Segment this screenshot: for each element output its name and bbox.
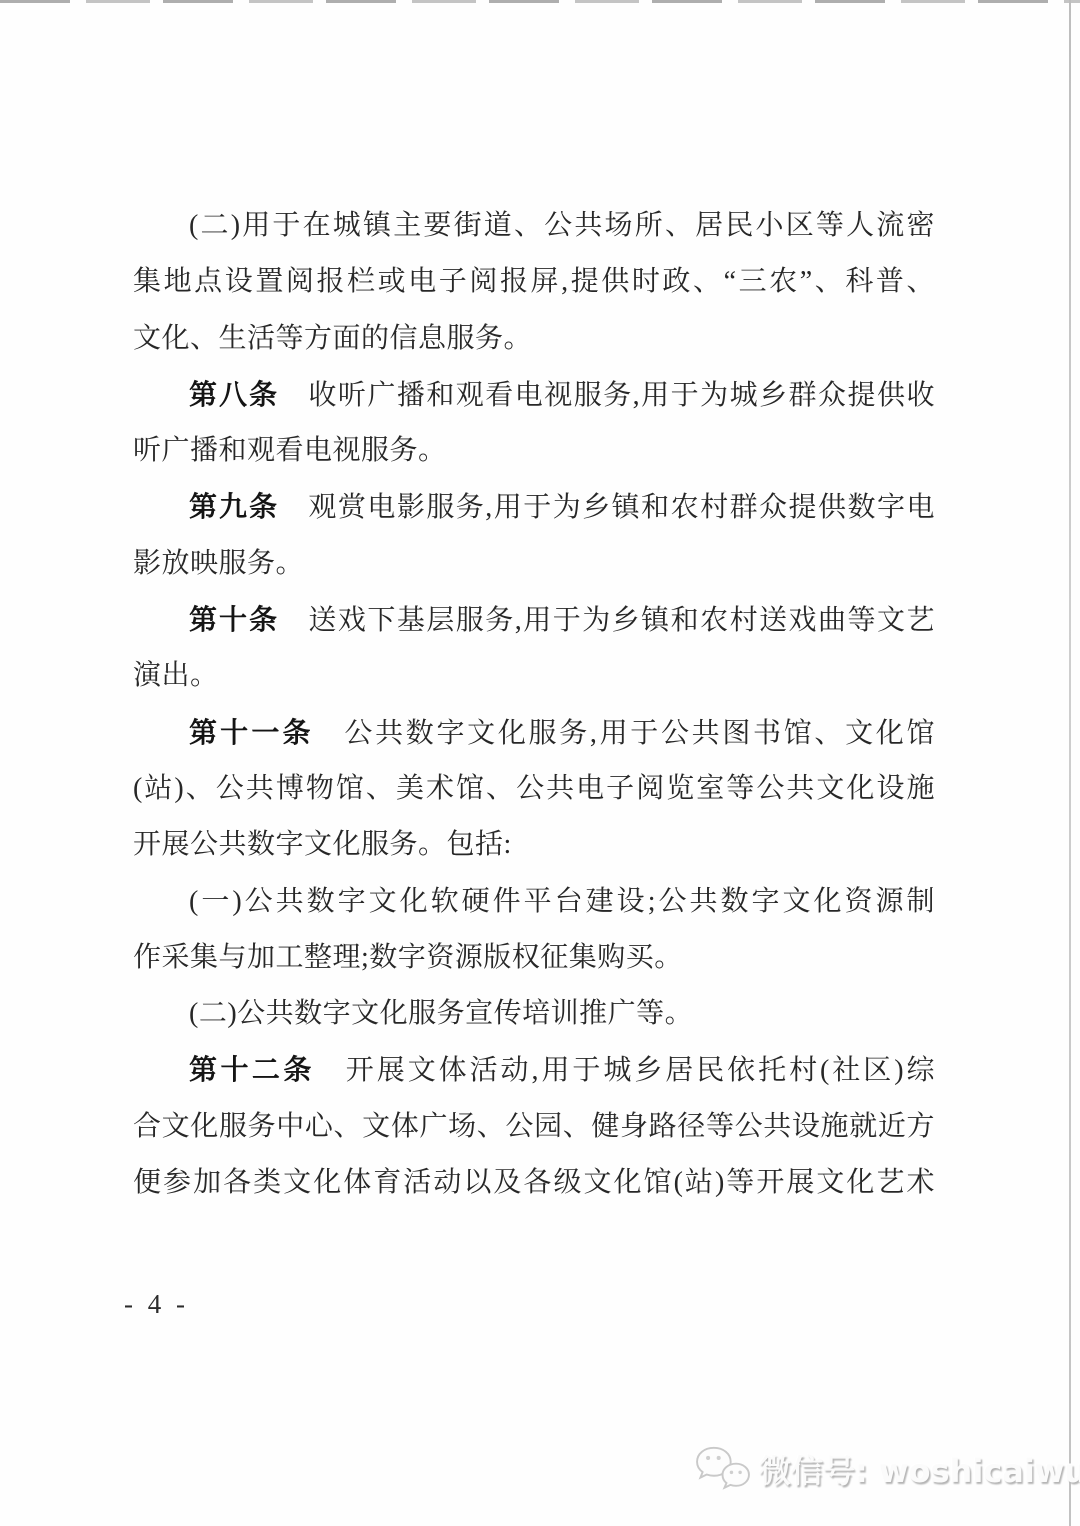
text-line: 第十条 送戏下基层服务,用于为乡镇和农村送戏曲等文艺 bbox=[133, 592, 935, 648]
body-text: 开展文体活动,用于城乡居民依托村(社区)综 bbox=[315, 1055, 935, 1086]
watermark: 微信号: woshicaiwuren bbox=[694, 1444, 1080, 1494]
body-text: 影放映服务。 bbox=[133, 548, 304, 579]
body-text: 公共数字文化服务,用于公共图书馆、文化馆 bbox=[314, 718, 935, 749]
text-line: (二)公共数字文化服务宣传培训推广等。 bbox=[133, 986, 935, 1042]
body-text: 收听广播和观看电视服务,用于为城乡群众提供收 bbox=[279, 380, 935, 411]
text-line: 第八条 收听广播和观看电视服务,用于为城乡群众提供收 bbox=[133, 367, 935, 423]
article-heading: 第十一条 bbox=[189, 717, 314, 748]
body-text: 文化、生活等方面的信息服务。 bbox=[133, 323, 532, 354]
document-lines: (二)用于在城镇主要街道、公共场所、居民小区等人流密集地点设置阅报栏或电子阅报屏… bbox=[133, 198, 935, 1211]
text-line: 听广播和观看电视服务。 bbox=[133, 423, 935, 479]
scanned-document-page: (二)用于在城镇主要街道、公共场所、居民小区等人流密集地点设置阅报栏或电子阅报屏… bbox=[0, 0, 1080, 1526]
body-text: (站)、公共博物馆、美术馆、公共电子阅览室等公共文化设施 bbox=[133, 773, 935, 804]
body-text: 作采集与加工整理;数字资源版权征集购买。 bbox=[133, 942, 683, 973]
text-line: (站)、公共博物馆、美术馆、公共电子阅览室等公共文化设施 bbox=[133, 761, 935, 817]
body-text: 听广播和观看电视服务。 bbox=[133, 435, 447, 466]
text-line: 合文化服务中心、文体广场、公园、健身路径等公共设施就近方 bbox=[133, 1099, 935, 1155]
scan-artifact-right-edge bbox=[1069, 0, 1071, 1526]
wechat-icon bbox=[694, 1444, 752, 1494]
body-text: 观赏电影服务,用于为乡镇和农村群众提供数字电 bbox=[279, 492, 935, 523]
body-text: (二)用于在城镇主要街道、公共场所、居民小区等人流密 bbox=[189, 210, 935, 241]
text-line: (一)公共数字文化软硬件平台建设;公共数字文化资源制 bbox=[133, 874, 935, 930]
article-heading: 第九条 bbox=[189, 491, 279, 522]
body-text: (二)公共数字文化服务宣传培训推广等。 bbox=[189, 998, 693, 1029]
body-text: 便参加各类文化体育活动以及各级文化馆(站)等开展文化艺术 bbox=[133, 1167, 935, 1198]
text-line: 集地点设置阅报栏或电子阅报屏,提供时政、“三农”、科普、 bbox=[133, 254, 935, 310]
page-number: - 4 - bbox=[124, 1289, 189, 1320]
text-line: 第九条 观赏电影服务,用于为乡镇和农村群众提供数字电 bbox=[133, 479, 935, 535]
body-text: 合文化服务中心、文体广场、公园、健身路径等公共设施就近方 bbox=[133, 1111, 935, 1142]
scan-artifact-top-edge bbox=[0, 0, 1080, 3]
article-heading: 第十二条 bbox=[189, 1054, 315, 1085]
body-text: 演出。 bbox=[133, 660, 219, 691]
text-line: 文化、生活等方面的信息服务。 bbox=[133, 311, 935, 367]
text-line: 便参加各类文化体育活动以及各级文化馆(站)等开展文化艺术 bbox=[133, 1155, 935, 1211]
body-text: 开展公共数字文化服务。包括: bbox=[133, 829, 512, 860]
text-line: 演出。 bbox=[133, 648, 935, 704]
body-text: (一)公共数字文化软硬件平台建设;公共数字文化资源制 bbox=[189, 886, 935, 917]
text-line: 第十一条 公共数字文化服务,用于公共图书馆、文化馆 bbox=[133, 705, 935, 761]
article-heading: 第八条 bbox=[189, 379, 279, 410]
text-line: 影放映服务。 bbox=[133, 536, 935, 592]
text-line: (二)用于在城镇主要街道、公共场所、居民小区等人流密 bbox=[133, 198, 935, 254]
watermark-text: 微信号: woshicaiwuren bbox=[759, 1446, 1080, 1492]
article-heading: 第十条 bbox=[189, 604, 279, 635]
body-text: 送戏下基层服务,用于为乡镇和农村送戏曲等文艺 bbox=[279, 605, 935, 636]
body-text: 集地点设置阅报栏或电子阅报屏,提供时政、“三农”、科普、 bbox=[133, 266, 935, 297]
text-line: 作采集与加工整理;数字资源版权征集购买。 bbox=[133, 930, 935, 986]
text-line: 第十二条 开展文体活动,用于城乡居民依托村(社区)综 bbox=[133, 1042, 935, 1098]
text-line: 开展公共数字文化服务。包括: bbox=[133, 817, 935, 873]
